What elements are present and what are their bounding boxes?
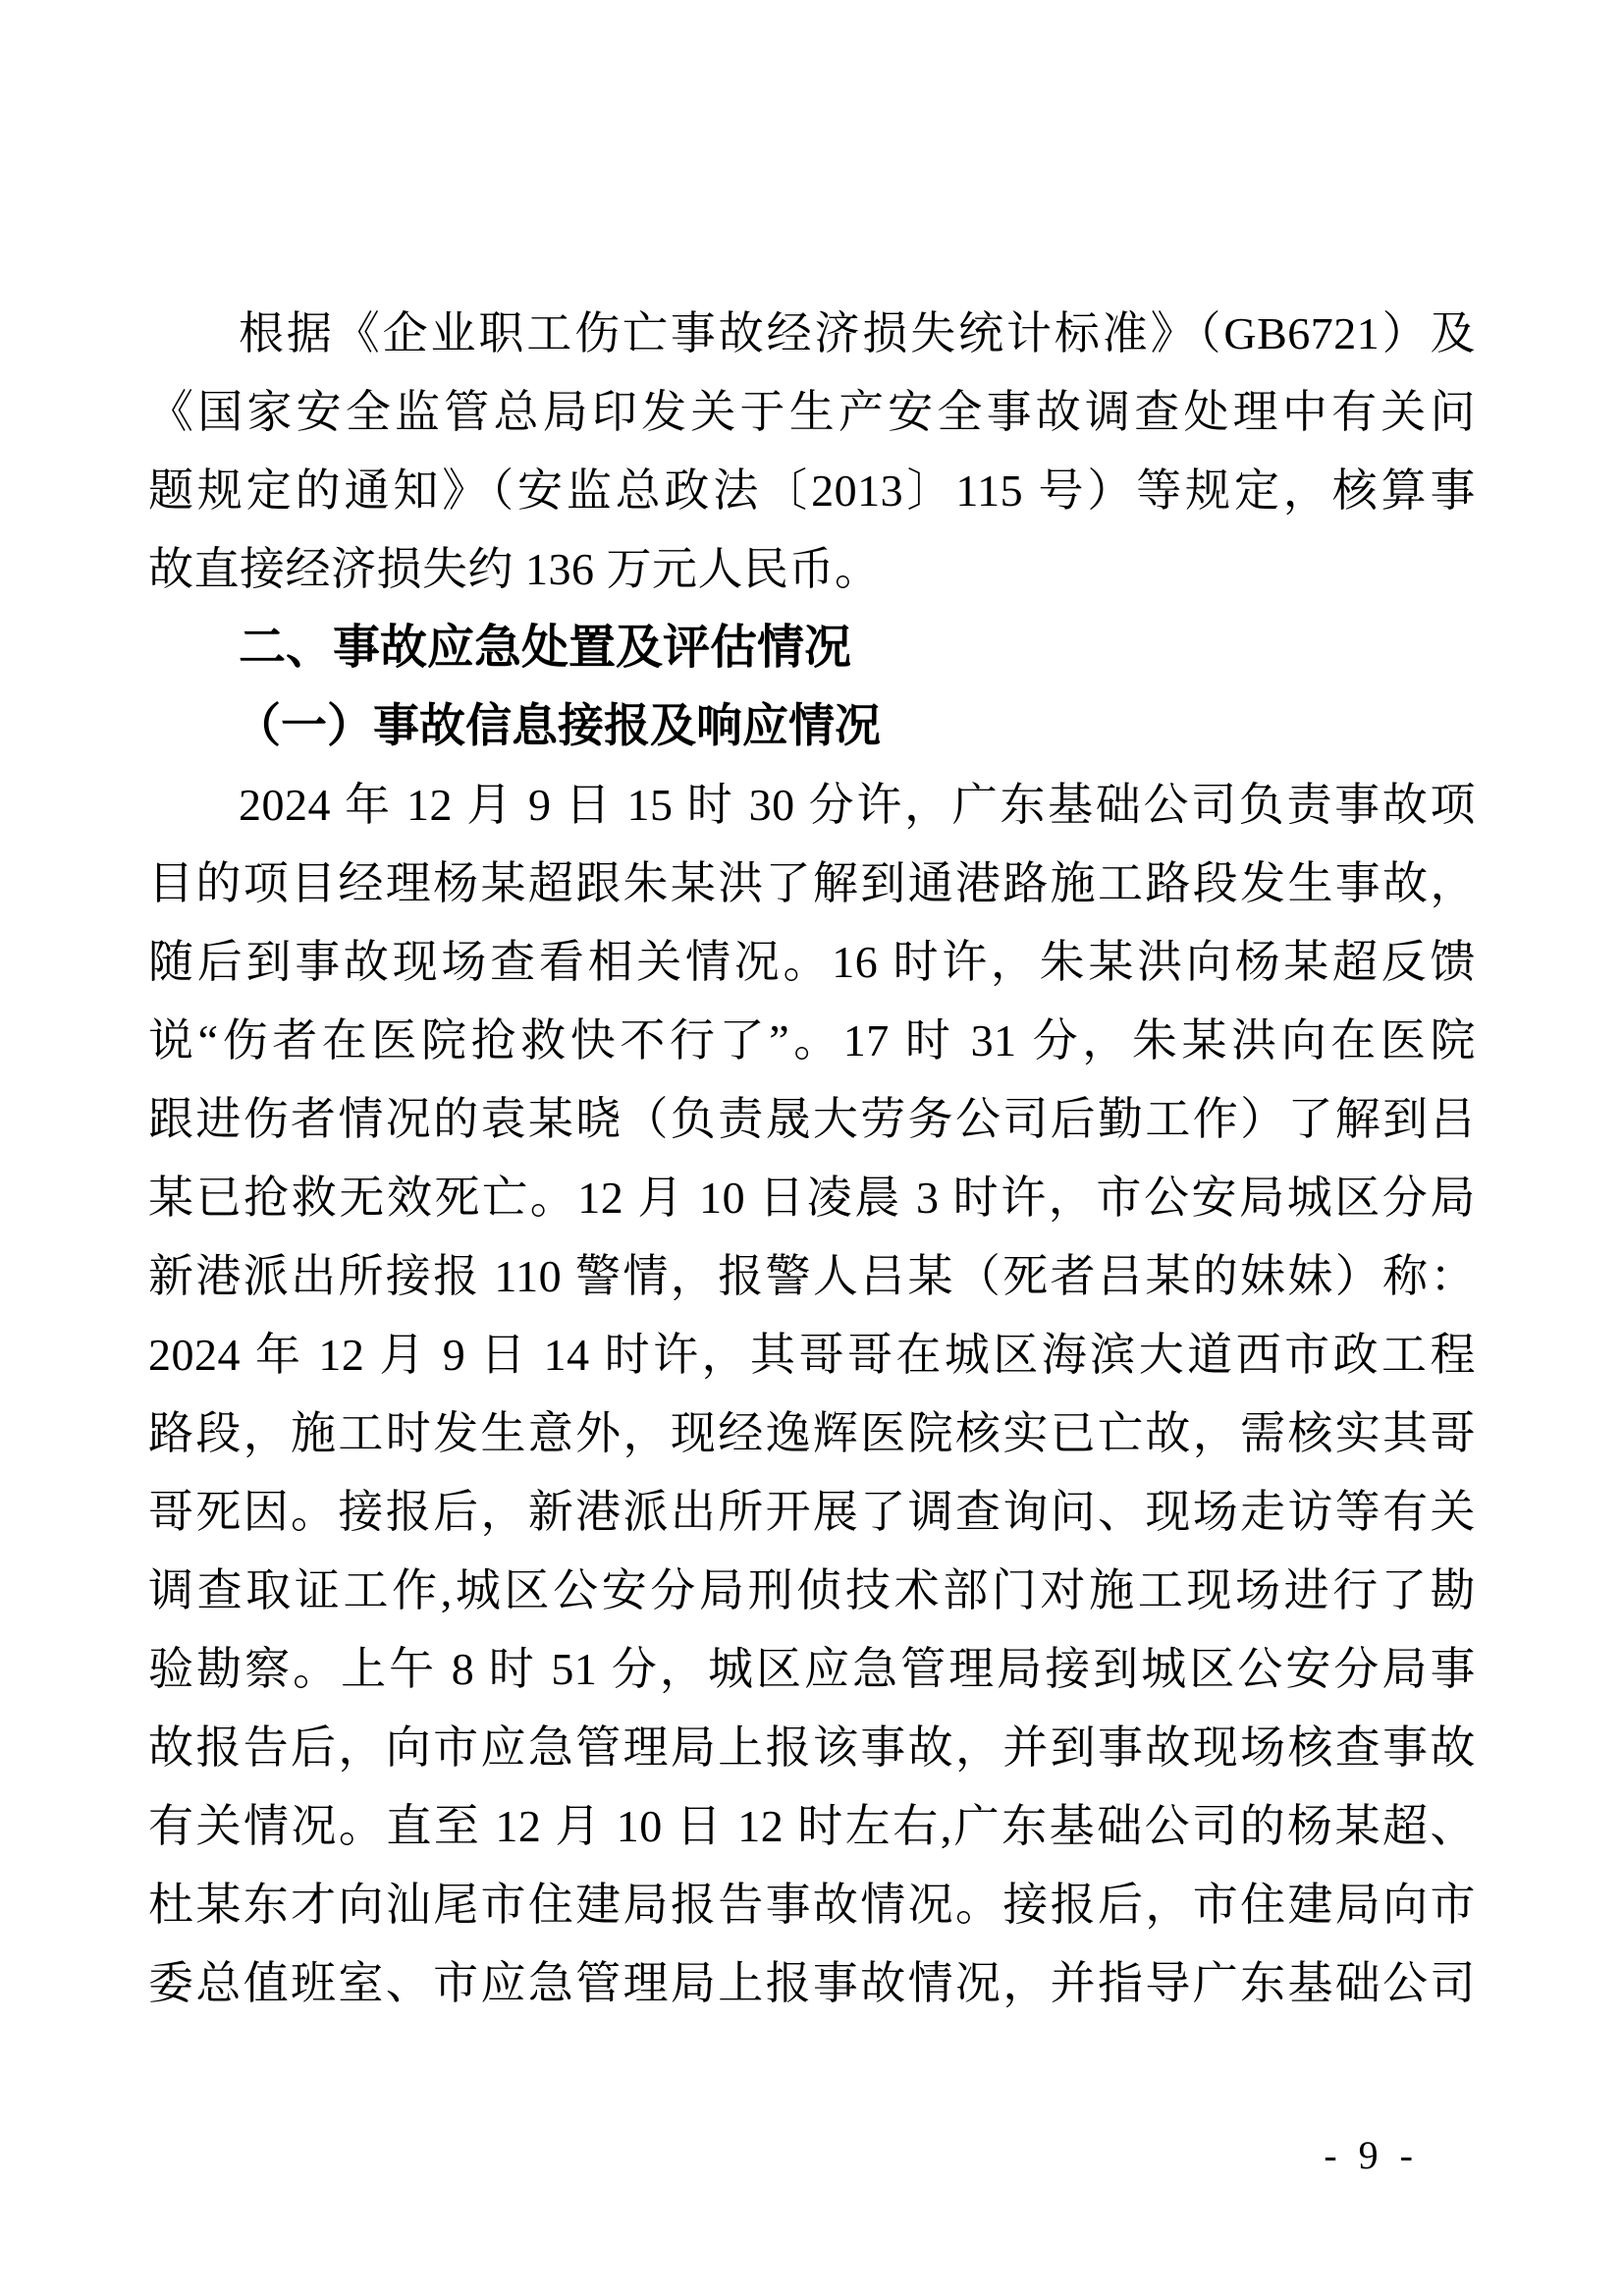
document-page: 根据《企业职工伤亡事故经济损失统计标准》（GB6721）及 《国家安全监管总局印… <box>0 0 1623 2296</box>
body-text-line: 目的项目经理杨某超跟朱某洪了解到通港路施工路段发生事故， <box>148 845 1476 923</box>
body-text-line: 2024 年 12 月 9 日 14 时许，其哥哥在城区海滨大道西市政工程 <box>148 1316 1476 1394</box>
body-text-line: 说“伤者在医院抢救快不行了”。17 时 31 分，朱某洪向在医院 <box>148 1002 1476 1080</box>
body-text-line: 故报告后，向市应急管理局上报该事故，并到事故现场核查事故 <box>148 1709 1476 1787</box>
body-text-line: 哥死因。接报后，新港派出所开展了调查询问、现场走访等有关 <box>148 1473 1476 1552</box>
body-text-line: 路段，施工时发生意外，现经逸辉医院核实已亡故，需核实其哥 <box>148 1394 1476 1473</box>
document-body: 根据《企业职工伤亡事故经济损失统计标准》（GB6721）及 《国家安全监管总局印… <box>148 295 1476 2023</box>
body-text-line: 故直接经济损失约 136 万元人民币。 <box>148 530 1476 609</box>
body-text-line: 题规定的通知》（安监总政法〔2013〕115 号）等规定，核算事 <box>148 452 1476 530</box>
paragraph-economic-loss: 根据《企业职工伤亡事故经济损失统计标准》（GB6721）及 《国家安全监管总局印… <box>148 295 1476 609</box>
subsection-heading: （一）事故信息接报及响应情况 <box>148 687 1476 766</box>
body-text-line: 某已抢救无效死亡。12 月 10 日凌晨 3 时许，市公安局城区分局 <box>148 1159 1476 1237</box>
paragraph-emergency-response: 2024 年 12 月 9 日 15 时 30 分许，广东基础公司负责事故项 目… <box>148 766 1476 2023</box>
page-number: - 9 - <box>1324 2131 1419 2180</box>
body-text-line: 《国家安全监管总局印发关于生产安全事故调查处理中有关问 <box>148 373 1476 452</box>
body-text-line: 有关情况。直至 12 月 10 日 12 时左右,广东基础公司的杨某超、 <box>148 1787 1476 1866</box>
body-text-line: 杜某东才向汕尾市住建局报告事故情况。接报后，市住建局向市 <box>148 1866 1476 1944</box>
body-text-line: 新港派出所接报 110 警情，报警人吕某（死者吕某的妹妹）称： <box>148 1237 1476 1316</box>
body-text-line: 根据《企业职工伤亡事故经济损失统计标准》（GB6721）及 <box>148 295 1476 373</box>
body-text-line: 2024 年 12 月 9 日 15 时 30 分许，广东基础公司负责事故项 <box>148 766 1476 845</box>
body-text-line: 跟进伤者情况的袁某晓（负责晟大劳务公司后勤工作）了解到吕 <box>148 1080 1476 1159</box>
body-text-line: 随后到事故现场查看相关情况。16 时许，朱某洪向杨某超反馈 <box>148 923 1476 1002</box>
body-text-line: 委总值班室、市应急管理局上报事故情况，并指导广东基础公司 <box>148 1944 1476 2023</box>
section-heading: 二、事故应急处置及评估情况 <box>148 609 1476 687</box>
body-text-line: 调查取证工作,城区公安分局刑侦技术部门对施工现场进行了勘 <box>148 1552 1476 1630</box>
body-text-line: 验勘察。上午 8 时 51 分，城区应急管理局接到城区公安分局事 <box>148 1630 1476 1709</box>
